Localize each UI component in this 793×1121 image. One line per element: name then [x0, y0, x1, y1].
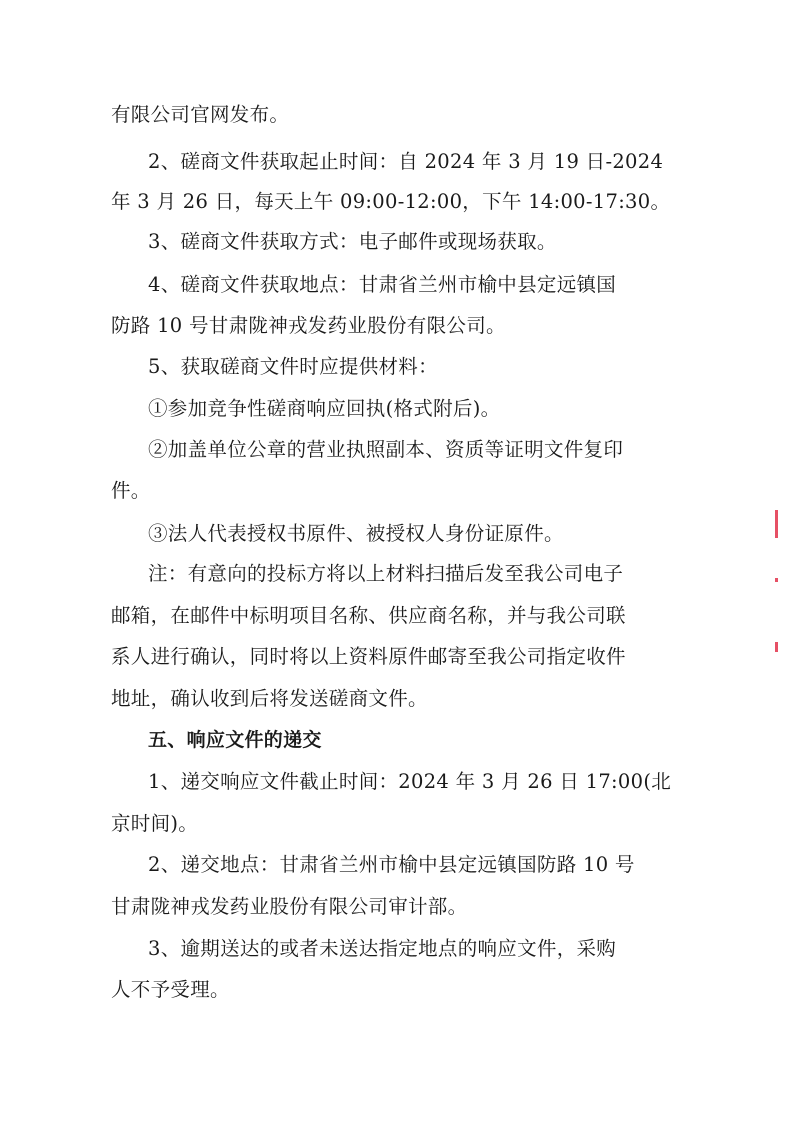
text-line: 5、获取磋商文件时应提供材料： — [148, 355, 438, 379]
text-line: ③法人代表授权书原件、被授权人身份证原件。 — [148, 522, 564, 546]
text-line: 防路 10 号甘肃陇神戎发药业股份有限公司。 — [111, 314, 506, 338]
text-line: 2、磋商文件获取起止时间：自 2024 年 3 月 19 日-2024 — [148, 150, 663, 174]
text-line: 地址，确认收到后将发送磋商文件。 — [111, 687, 428, 711]
text-line: 年 3 月 26 日，每天上午 09:00-12:00，下午 14:00-17:… — [111, 190, 670, 214]
text-line: 注：有意向的投标方将以上材料扫描后发至我公司电子 — [148, 562, 623, 586]
text-line: 邮箱，在邮件中标明项目名称、供应商名称，并与我公司联 — [111, 604, 626, 628]
document-page: 有限公司官网发布。2、磋商文件获取起止时间：自 2024 年 3 月 19 日-… — [0, 0, 793, 1121]
section-heading: 五、响应文件的递交 — [148, 728, 322, 752]
seal-stamp-fragment — [770, 510, 782, 680]
text-line: 1、递交响应文件截止时间：2024 年 3 月 26 日 17:00(北 — [148, 770, 671, 794]
text-line: 2、递交地点：甘肃省兰州市榆中县定远镇国防路 10 号 — [148, 853, 635, 877]
text-line: 3、逾期送达的或者未送达指定地点的响应文件，采购 — [148, 937, 616, 961]
text-line: 3、磋商文件获取方式：电子邮件或现场获取。 — [148, 230, 557, 254]
text-line: ①参加竞争性磋商响应回执(格式附后)。 — [148, 397, 500, 421]
text-line: 甘肃陇神戎发药业股份有限公司审计部。 — [111, 895, 467, 919]
text-line: 有限公司官网发布。 — [111, 103, 289, 127]
text-line: 京时间)。 — [111, 812, 198, 836]
text-line: ②加盖单位公章的营业执照副本、资质等证明文件复印 — [148, 438, 623, 462]
text-line: 4、磋商文件获取地点：甘肃省兰州市榆中县定远镇国 — [148, 273, 616, 297]
text-line: 件。 — [111, 479, 151, 503]
text-line: 系人进行确认，同时将以上资料原件邮寄至我公司指定收件 — [111, 645, 626, 669]
text-line: 人不予受理。 — [111, 978, 230, 1002]
